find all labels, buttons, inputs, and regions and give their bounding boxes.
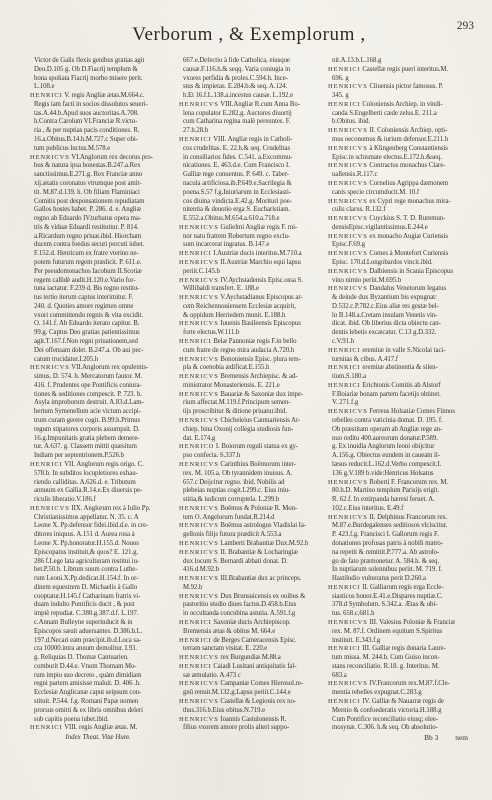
entry-headword: HENRICVS xyxy=(30,154,70,161)
text-line: HENRICVS II. Coloniensis Archiep. opti- xyxy=(328,127,470,136)
text-line: tiones & seditiones compescit. P. 723. b… xyxy=(34,391,172,400)
column-lines: Victor de Galis flexis genibus gratias a… xyxy=(34,57,172,733)
text-line: F.Boiariæ bonam partem facetijs obtinet. xyxy=(332,391,470,400)
text-line: HENRICVS Cliuensis pictor famosus. P. xyxy=(328,83,470,92)
text-line: F.152.d. Henricum ex fratre vterino ne- xyxy=(34,250,172,259)
text-line: HENRICVS Boëmus & Poloniæ R. Mon- xyxy=(179,505,321,514)
text-line: Per pseudomonachos Iacobum II.Scotiæ xyxy=(34,268,172,277)
text-line: HENRICVS Dalbiensis in Scania Episcopus xyxy=(328,268,470,277)
text-line: Christianissimus appellatur. N. 35. c. A xyxy=(34,514,172,523)
text-line: R. 62.f. In extirpanda hæresi feruet. A. xyxy=(332,496,470,505)
text-line: lo B.148.a.Cretam insulam Venetis vin- xyxy=(332,312,470,321)
entry-headword: HENRICVS xyxy=(328,233,368,240)
text-line: in consiliarios fides. C.541. a.Excommu- xyxy=(183,154,321,163)
text-line: nor natu fratrem Robertum regno exclu- xyxy=(183,233,321,242)
text-line: Indiam per septentrionem.P.526.b xyxy=(34,452,172,461)
text-line: ria , & per nuptias pacis conditiones. R… xyxy=(34,127,172,136)
text-line: culis clarus. R.132.f xyxy=(332,206,470,215)
text-line: 16.g.Impunitatis gratia plebem demere- xyxy=(34,435,172,444)
text-line: HENRICVS Bauariæ & Saxoniæ dux impe- xyxy=(179,391,321,400)
text-line: HENRICI VIII. regis Angliæ ætas. M. xyxy=(30,724,172,733)
text-line: HENRICVS ex monacho Augiæ Curiensis xyxy=(328,233,470,242)
text-line: 80.h.D. Martino templum Parisijs erigit. xyxy=(332,487,470,496)
text-line: cum fratre de regno mira audacia A.720.h xyxy=(183,347,321,356)
text-line: Ecclesiæ Anglicanæ caput seipsum con- xyxy=(34,689,172,698)
text-line: Ob præstitam operam ab Angliæ rege an- xyxy=(332,426,470,435)
entry-headword: HENRICVS xyxy=(328,127,368,134)
text-line: HENRICVS Comes à Montefort Curiensis xyxy=(328,250,470,259)
text-line: g. Reliquias D. Thomæ Cantuarien. xyxy=(34,654,172,663)
book-page: Verborum , & Exemplorum , 293 Victor de … xyxy=(0,0,492,800)
text-line: HENRICI VII. Anglorum regis origo. C. xyxy=(30,461,172,470)
text-line: HENRICVS Roberti F. Francorum rex. M. xyxy=(328,479,470,488)
entry-headword: HENRICI xyxy=(179,250,212,257)
text-line: HENRICI Castellæ regis pueri interitus.M… xyxy=(328,66,470,75)
text-line: annuum ex Gallia.R.14.e.Ex diuersis pe- xyxy=(34,487,172,496)
text-line: Deo.D.105 g. Ob D.Fiacrij templum & xyxy=(34,66,172,75)
text-line: HENRICI Saxoniæ ducis Archiepiscop. xyxy=(179,619,321,628)
text-line: a.Ricardum regno priuat.ibid. Hiorcham xyxy=(34,233,172,242)
text-line: nuo reditu 400.aureorum donatur.P.589. xyxy=(332,435,470,444)
text-line: HENRICI eremitæ in valle S.Nicolai taci- xyxy=(328,347,470,356)
signature-row: Bb 3 nem xyxy=(332,733,470,742)
text-line: 345. g xyxy=(332,92,470,101)
entry-headword: HENRICVS xyxy=(179,277,219,284)
text-line: A.156.g. Obiectus eundem in caueam il- xyxy=(332,452,470,461)
text-line: HENRICI Caiadi Lusitani antiquitatis fal… xyxy=(179,663,321,672)
text-line: lena copulator E.282.g. Auctores diuorti… xyxy=(183,110,321,119)
text-line: stitia,& iudicum corruptela. L.299.b xyxy=(183,496,321,505)
text-line: O. 141.f. Ab Eduardo iterato capitur. B. xyxy=(34,320,172,329)
text-column-3: nit.A.13.b.L.168.gHENRICI Castellæ regis… xyxy=(328,57,470,742)
entry-headword: HENRICVS xyxy=(179,540,219,547)
text-line: duam indulto Pontificis ducit , & post xyxy=(34,601,172,610)
text-line: plebeias nuptias cogit.I.299.c. Eius ini… xyxy=(183,487,321,496)
text-line: canda S.Engelberti cæde zelus.E. 211.a xyxy=(332,110,470,119)
text-line: terram sanctam visitat. E. 220.e xyxy=(183,645,321,654)
entry-headword: HENRICVS xyxy=(179,294,219,301)
text-line: cum Catharina regina malè pereuntes. F. xyxy=(183,118,321,127)
text-line: & oppidum Herriedem munit. E.188.h xyxy=(183,312,321,321)
entry-headword: HENRICI xyxy=(328,698,361,705)
entry-headword: HENRICVS xyxy=(179,356,219,363)
text-line: impiè repudiat. C.380.g.387.d.f. L.197. xyxy=(34,610,172,619)
entry-headword: HENRICVS xyxy=(179,373,219,380)
text-line: rex. M. 105.a. Ob tyrannidem inuisus. A. xyxy=(183,470,321,479)
text-column-2: 667.e.Defectio à fide Catholica, eiusque… xyxy=(179,57,321,742)
entry-headword: HENRICI xyxy=(328,101,361,108)
text-line: Willibaldi transfert. E. 188.e xyxy=(183,285,321,294)
entry-headword: HENRICVS xyxy=(328,180,368,187)
text-line: tem O. Angelorum fundat.R.214.d xyxy=(183,514,321,523)
entry-headword: HENRICI xyxy=(30,461,63,468)
entry-headword: HENRICVS xyxy=(179,549,219,556)
entry-headword: HENRICVS xyxy=(179,224,219,231)
text-line: tijs proscribitur & ditione priuatur.ibi… xyxy=(183,408,321,417)
text-line: HENRICVS II.Austriæ Marchio equi lapsu xyxy=(179,259,321,268)
text-line: HENRICVS III. Valesius Poloniæ & Franciæ xyxy=(328,619,470,628)
entry-headword: HENRICVS xyxy=(328,250,368,257)
text-line: 16.a.Obitus.B.14.h.M.727.c Super obi- xyxy=(34,136,172,145)
entry-headword: HENRICI xyxy=(179,619,212,626)
text-line: HENRICI Belæ Pannoniæ regis F.in bello xyxy=(179,338,321,347)
text-line: rum Leoni.X.Pp.dedicat.H.154.f. In or- xyxy=(34,575,172,584)
text-line: cos crudelitas. E. 22.h.& seq. Crudelita… xyxy=(183,145,321,154)
text-line: turnitas & cibus. A.417.f xyxy=(332,356,470,365)
text-line: densisEpisc.vigilantissimus.E.244.e xyxy=(332,224,470,233)
text-line: HENRICVS Dux Brunsuicensis ex ouibus & xyxy=(179,593,321,602)
entry-headword: HENRICVS xyxy=(328,145,368,152)
text-line: nacula artificiosa.ib.P.649.e.Sacrilegia… xyxy=(183,180,321,189)
text-line: bet.P.50.b. Librum suum contra Luthe- xyxy=(34,566,172,575)
text-line: uallensis.R.117.c xyxy=(332,171,470,180)
text-line: gellonis filijs futura prædicit A.553.a xyxy=(183,531,321,540)
text-line: bus & natura ipsa honestas.B.247.a.Rex xyxy=(34,162,172,171)
text-line: Leone X. Pp.honoratur.H.155.d. Nouos xyxy=(34,540,172,549)
text-line: pso confecta. S.337.h xyxy=(183,452,321,461)
entry-headword: HENRICI xyxy=(328,66,361,73)
text-line: HENRICVS Bononiensis Episc. plura tem- xyxy=(179,356,321,365)
text-line: HENRICVS V.Aychstadianus Episcopus ar- xyxy=(179,294,321,303)
text-line: HENRICVS ex Cypri rege monachus mira- xyxy=(328,198,470,207)
text-line: b.Obitus. ibid. xyxy=(332,118,470,127)
text-line: dentis lebetis excæcatur. C.13 g.D.332. xyxy=(332,329,470,338)
entry-headword: HENRICVS xyxy=(179,680,219,687)
entry-headword: HENRICVS xyxy=(328,680,368,687)
text-line: go de fato præmonetur. A. 584.h. & seq. xyxy=(332,558,470,567)
text-line: riendo calliditas. A.626.d. e. Tributum xyxy=(34,479,172,488)
entry-headword: HENRICVS xyxy=(179,101,219,108)
text-line: catum trucidatur.I.205.h xyxy=(34,356,172,365)
text-line: chiep. bina Oxonij collegia studiosis fu… xyxy=(183,426,321,435)
text-line: 240. d. Quoties amore regimen omne xyxy=(34,303,172,312)
text-line: c.V.91.h xyxy=(332,338,470,347)
text-line: Episcopos sæuit aduersantes. D.386.b.L. xyxy=(34,628,172,637)
text-line: HENRICI I.Austriæ ducis interitus.M.710.… xyxy=(179,250,321,259)
text-line: HENRICI II. Galliarum regis erga Eccle- xyxy=(328,584,470,593)
text-line: c.Annam Bulleyne superinducit & in xyxy=(34,619,172,628)
text-line: dat. E.174.g xyxy=(183,435,321,444)
text-line: HENRICVS II. Delphinus Francorum rex. xyxy=(328,514,470,523)
text-line: HENRICO I. Boiorum reguli statua ex gy- xyxy=(179,443,321,452)
text-line: HENRICVS IV.Francorum rex.M.87.f.Cle- xyxy=(328,680,470,689)
text-line: xij.ætatis coronatus vtrumque post amit- xyxy=(34,180,172,189)
entry-headword: HENRICVS xyxy=(179,320,219,327)
entry-headword: HENRICVS xyxy=(30,505,70,512)
text-line: rex. M. 87.f. Ordinem equitum S.Spiritus xyxy=(332,628,470,637)
text-line: tum publicus luctus.M.578.e xyxy=(34,145,172,154)
text-line: h.Contra Carolum VI.Franciæ R.victo- xyxy=(34,118,172,127)
text-line: prorsus omitti & ex libris omnibus deler… xyxy=(34,707,172,716)
text-line: HENRICI Coloniensis Archiep. in vindi- xyxy=(328,101,470,110)
text-line: Galliæ rege conuentus. P. 649. c. Taber- xyxy=(183,171,321,180)
text-line: g. Ex inuidia Anglorum leoni obijcitur xyxy=(332,443,470,452)
entry-headword: HENRICVS xyxy=(179,391,219,398)
text-line: tas.A.44.b.Apud suos auctoritas.A.708. xyxy=(34,110,172,119)
text-line: tit. M.87.d.139. h. Ob filiam Flaminiaci xyxy=(34,189,172,198)
entry-headword: HENRICVS xyxy=(328,215,368,222)
text-line: trum curam gerere cogit. B.99.h.Primus xyxy=(34,417,172,426)
text-line: P. 423.f.g. Francisci I. Gallorum regis … xyxy=(332,531,470,540)
text-line: sæ æmulatio. A.473 c xyxy=(183,672,321,681)
text-line: 416.d.M.92.b xyxy=(183,566,321,575)
text-line: tus tertio iterum captus interimitur. F. xyxy=(34,294,172,303)
text-line: 27.h.28.b xyxy=(183,127,321,136)
entry-headword: HENRICVS xyxy=(179,593,219,600)
entry-headword: HENRICI xyxy=(328,382,361,389)
text-line: instituit. E.343.f.g xyxy=(332,637,470,646)
text-line: HENRICVS Ferreus Holsatiæ Comes Finnos xyxy=(328,408,470,417)
entry-headword: HENRICVS xyxy=(179,461,219,468)
catchword: nem xyxy=(455,733,468,742)
entry-headword: HENRICVS xyxy=(179,522,219,529)
text-line: vxores perfidia & proles.C.594.h. Ince- xyxy=(183,75,321,84)
text-line: potem futurum regem prædicit. P. 611.e. xyxy=(34,259,172,268)
text-line: in occultanda concubina astutia. A.591.f… xyxy=(183,610,321,619)
text-line: bertum Symenellum acie victum accipi- xyxy=(34,408,172,417)
entry-headword: HENRICI xyxy=(179,663,212,670)
text-line: 378.d Symbolum. S.342.a. Ætas & obi- xyxy=(332,601,470,610)
text-line: na repetit & remittit.P.777.a. Ab astrol… xyxy=(332,549,470,558)
text-line: HENRICVS Boëmus astrologus Vladislai Ia- xyxy=(179,522,321,531)
text-line: stus & impietas. E.284.b.& seq. A.124. xyxy=(183,83,321,92)
text-line: sum incarcerat ingratus. B.147.e xyxy=(183,241,321,250)
text-line: HENRICVS IV.Aychstadensis Episc.ossa S. xyxy=(179,277,321,286)
text-line: h.Et 16.f.L.138.a.incestus causæ. L.192.… xyxy=(183,92,321,101)
entry-headword: HENRICVS xyxy=(328,162,368,169)
text-line: simus. D. 574. h. Mercatorum fautor. M. xyxy=(34,373,172,382)
text-line: Dei offensam dolet. B.247.a. Ob aui pec- xyxy=(34,347,172,356)
text-line: læsus reducit.L.162.d.Verbo compescit.I. xyxy=(332,461,470,470)
text-line: HENRICVS Dandalus Venetorum legatus xyxy=(328,285,470,294)
entry-headword: HENRICVS xyxy=(179,716,219,723)
signature-mark: Bb 3 xyxy=(424,733,438,742)
text-line: tur. A.637. g. Classem mittit quæsitum xyxy=(34,443,172,452)
text-line: ditores iniquus. A.151 d. Aurea rosa à xyxy=(34,531,172,540)
text-line: In nuptiarum solennibus periit. M. 719. … xyxy=(332,566,470,575)
text-line: Comitis post desponsationem repudiatam xyxy=(34,198,172,207)
text-line: mus oeconomus & iurium defensor.E.211.h xyxy=(332,136,470,145)
text-line: Hastiludio vulneratus perit D.260.a xyxy=(332,575,470,584)
text-line: vxori committendo regnis & vita excidit. xyxy=(34,312,172,321)
entry-headword: HENRICI xyxy=(179,637,212,644)
text-line: HENRICVS Campaniæ Comes Hierosol.re- xyxy=(179,680,321,689)
index-footer-note: Index Theat. Vitæ Hum. xyxy=(34,733,172,742)
text-line: Episcopatus instituit,& quos? E. 121.g. xyxy=(34,549,172,558)
text-line: HENRICVS Castellæ & Legionis rex no- xyxy=(179,698,321,707)
text-line: ministrator Monasteriensis. E. 221.e xyxy=(183,382,321,391)
text-columns: Victor de Galis flexis genibus gratias a… xyxy=(30,57,470,742)
text-line: 197.d.Necari eam præcipit.ib.d.Loca sa- xyxy=(34,637,172,646)
text-line: bona spoliata Fiacrij morbo misere perit… xyxy=(34,75,172,84)
text-line: HENRICI IV. Galliæ & Nauarræ regis de xyxy=(328,698,470,707)
text-line: HENRICVS Ioannis Castulonensis R. xyxy=(179,716,321,725)
text-line: HENRICVS Carinthius Boëmorum inter- xyxy=(179,461,321,470)
text-line: HENRICVS Cuyckius S. T. D. Ruremun- xyxy=(328,215,470,224)
text-line: HENRICVS à Klingenberg Constantiensis xyxy=(328,145,470,154)
entry-headword: HENRICVS xyxy=(179,417,219,424)
text-line: causæ.F.116.h.& seqq. Varia coniugia in xyxy=(183,66,321,75)
text-line: regum stipatores corporis assumpsit. D. xyxy=(34,426,172,435)
text-line: Victor de Galis flexis genibus gratias a… xyxy=(34,57,172,66)
text-line: periit.C.145.b xyxy=(183,268,321,277)
text-line: HENRICVS Chicheleius Cantuariensis Ar- xyxy=(179,417,321,426)
text-line: 667.e.Defectio à fide Catholica, eiusque xyxy=(183,57,321,66)
text-column-1: Victor de Galis flexis genibus gratias a… xyxy=(30,57,172,742)
text-line: donationes profusas patris à nobili matr… xyxy=(332,540,470,549)
text-line: HENRICI eremitæ abstinentia & silen- xyxy=(328,364,470,373)
text-line: 102.c.Eius interitus. E.49.f xyxy=(332,505,470,514)
entry-headword: HENRICVS xyxy=(328,479,368,486)
entry-headword: HENRICVS xyxy=(328,619,368,626)
text-line: 696. g xyxy=(332,75,470,84)
text-line: rebelles contra vaticinia domat. D. 195.… xyxy=(332,417,470,426)
text-line: HENRICVS Cornelius Agrippa dæmonem xyxy=(328,180,470,189)
text-line: HENRICVS Gulielmi Angliæ regis F. mi- xyxy=(179,224,321,233)
text-line: HENRICVS VI.Anglorum rex decorus pro- xyxy=(30,154,172,163)
text-line: V. 271.f.g xyxy=(332,399,470,408)
text-line: HENRICVS rex Burgundiæ.M.88.a xyxy=(179,654,321,663)
text-line: riculis liberatio.V.186.f xyxy=(34,496,172,505)
entry-headword: HENRICVS xyxy=(179,654,219,661)
text-line: mosynæ. C.306. h.& seq. Ob absolutio- xyxy=(332,724,470,733)
entry-headword: HENRICI xyxy=(30,92,63,99)
text-line: agit.T.167.f.Non regni priuationem,sed xyxy=(34,338,172,347)
running-header: Verborum , & Exemplorum , xyxy=(30,24,468,58)
text-line: Episc. 170.d.Longobardos vincit.ibid. xyxy=(332,259,470,268)
text-line: cra 10000.intra annum demolitur. I.93. xyxy=(34,645,172,654)
text-line: regno ab Eduardo IV.turbatus opera ma- xyxy=(34,215,172,224)
text-line: tris & viduæ Eduardi restituitur. P. 814… xyxy=(34,224,172,233)
entry-headword: HENRICI xyxy=(328,645,361,652)
text-line: cem Reichennouiensem Ecclesiæ acquirit, xyxy=(183,303,321,312)
text-line: dux locum S. Bernardi abbati donat. D. xyxy=(183,558,321,567)
text-line: HENRICVS Contractus monachus Clare- xyxy=(328,162,470,171)
text-line: Bremensis ætas & obitus M. 664.e xyxy=(183,628,321,637)
text-line: siasticos honor.E.41.e.Dispares nuptiæ.C… xyxy=(332,593,470,602)
text-line: dinem equestrem D. Michaelis à Gallo xyxy=(34,584,172,593)
text-line: Leone X. Pp.defensor fidei.ibid.d.e. in … xyxy=(34,522,172,531)
text-line: HENRICVS Lamberti Brabantiæ Dux.M.92.h xyxy=(179,540,321,549)
text-line: forte electus.W.111.b xyxy=(183,329,321,338)
text-line: sub capitis poena iubet.ibid. xyxy=(34,716,172,725)
text-line: tium.S.180.a xyxy=(332,373,470,382)
text-line: HENRICVS VIII.Angliæ R.cum Anna Bo- xyxy=(179,101,321,110)
text-line: stituit. P.544. f.g. Romani Papæ nomen xyxy=(34,698,172,707)
text-line: 136 g.V.189 b.vide:Henricus Holsatus xyxy=(332,470,470,479)
entry-headword: HENRICVS xyxy=(328,285,368,292)
text-line: D.532.c.P.782.c.Eius aliæ res gestæ bel- xyxy=(332,303,470,312)
text-line: nit.A.13.b.L.168.g xyxy=(332,57,470,66)
text-line: vino nimio periit.M.695.b xyxy=(332,277,470,286)
text-line: M.92.b xyxy=(183,584,321,593)
column-lines: nit.A.13.b.L.168.gHENRICI Castellæ regis… xyxy=(332,57,470,733)
text-line: M.87.e.Burdegalenses seditiosos vlciscit… xyxy=(332,522,470,531)
text-line: 578.b. In subditos locupletiores exhau- xyxy=(34,470,172,479)
text-line: HENRICVS IIX. Anglorum rex à Iulio Pp. xyxy=(30,505,172,514)
entry-headword: HENRICI xyxy=(179,338,212,345)
text-line: poena.S.57 f.g.Iniuriarum in Ecclesiasti… xyxy=(183,189,321,198)
entry-headword: HENRICVS xyxy=(30,364,70,371)
text-line: HENRICVS II. Brabantiæ & Locharingiæ xyxy=(179,549,321,558)
entry-headword: HENRICVS xyxy=(328,514,368,521)
text-line: HENRICVS Bremensis Archiepisc. & ad- xyxy=(179,373,321,382)
text-line: dicat. ibid. Ob liberius dicta obiectu c… xyxy=(332,320,470,329)
text-line: 286 f.Lege lata agriculturam restitui iu… xyxy=(34,558,172,567)
entry-headword: HENRICVS xyxy=(179,259,219,266)
text-line: Regis iam facti in socios dissolutos seu… xyxy=(34,101,172,110)
text-line: 683.a xyxy=(332,672,470,681)
entry-headword: HENRICVS xyxy=(179,505,219,512)
entry-headword: HENRICVS xyxy=(328,408,368,415)
text-line: Mernio & confoederatis victoria.H.188.g xyxy=(332,707,470,716)
text-line: tum missa. M. 244.b. Cum Guiso incon- xyxy=(332,654,470,663)
entry-headword: HENRICVS xyxy=(328,198,368,205)
text-line: comburit D.44.e. Vnum Thomam Mo- xyxy=(34,663,172,672)
text-line: pla & coenobia ædificat.E.155.h xyxy=(183,364,321,373)
entry-headword: HENRICVS xyxy=(179,698,219,705)
text-line: regni partem amisisse maluit. D. 406 .h. xyxy=(34,680,172,689)
text-line: HENRICI III. Galliæ regis donaria Laure- xyxy=(328,645,470,654)
running-header-title: Verborum , & Exemplorum , xyxy=(30,24,468,46)
text-line: filius vxorem amore prolis alteri suppo- xyxy=(183,724,321,733)
text-line: L.108.e xyxy=(34,83,172,92)
text-line: Episc.in schismate electus.E.172.h.&seq. xyxy=(332,154,470,163)
text-line: E.552.a.Obitus.M.654.a.610.a.718.e xyxy=(183,215,321,224)
text-line: ducem contra foedus securi percuti iubet… xyxy=(34,241,172,250)
text-line: HENRICI VIII. Angliæ regis in Catholi- xyxy=(179,136,321,145)
text-line: nitentia & deuotio erga S. Eucharistiam. xyxy=(183,206,321,215)
text-line: HENRICI Erichtonis Comitis ab Alstorf xyxy=(328,382,470,391)
entry-headword: HENRICI xyxy=(179,136,212,143)
entry-headword: HENRICO xyxy=(179,443,214,450)
text-line: HENRICI V. regis Angliæ ætas.M.664.c. xyxy=(30,92,172,101)
text-line: Cum Pontifice reconciliatio eiusq; elee- xyxy=(332,716,470,725)
text-line: rum impio suo decreto , quàm dimidiam xyxy=(34,672,172,681)
text-line: Episc.F.69.g xyxy=(332,241,470,250)
page-number: 293 xyxy=(457,20,474,32)
entry-headword: HENRICVS xyxy=(179,575,219,582)
entry-headword: HENRICI xyxy=(328,347,361,354)
text-line: cooptatur.H.145.f Catharinam fratris vi- xyxy=(34,593,172,602)
text-line: HENRICI de Berges Cameracensis Episc. xyxy=(179,637,321,646)
text-line: 416. f. Prudentes ope Pontificis coniura… xyxy=(34,382,172,391)
text-line: regem callidè audit.H.120.e.Vario for- xyxy=(34,277,172,286)
entry-headword: HENRICI xyxy=(30,724,63,731)
entry-headword: HENRICVS xyxy=(328,268,368,275)
text-line: sanctissimus.E.271.g. Rex Franciæ anno xyxy=(34,171,172,180)
text-line: tus. 658.c.681.h xyxy=(332,610,470,619)
column-lines: 667.e.Defectio à fide Catholica, eiusque… xyxy=(183,57,321,733)
entry-headword: HENRICI xyxy=(328,584,361,591)
entry-headword: HENRICI xyxy=(328,364,361,371)
text-line: stans reconciliatio. R.18. g. Interitus.… xyxy=(332,663,470,672)
text-line: canis specie circumducit.M. 10.f xyxy=(332,189,470,198)
text-line: HENRICVS VII.Anglorum rex opulentis- xyxy=(30,364,172,373)
text-line: pastoritio studio diues factus.D.458.b.E… xyxy=(183,601,321,610)
text-line: & deinde dux Byzantium bis expugnat: xyxy=(332,294,470,303)
text-line: Asyla improborum destruit. A.83.d.Lam- xyxy=(34,399,172,408)
text-line: Gallos hostes habet. P. 286. d. e. Angli… xyxy=(34,206,172,215)
text-line: thus.316.b.Eius obitus.N.719.e xyxy=(183,707,321,716)
text-line: HENRICVS III.Brabantiæ dux ac princeps. xyxy=(179,575,321,584)
text-line: mentia rebelles expugnat.C.283.g xyxy=(332,689,470,698)
text-line: HENRICVS Iuuenis Basileensis Episcopus xyxy=(179,320,321,329)
text-line: cos diuina vindicta.E.42.g. Morituri poe… xyxy=(183,198,321,207)
text-line: tuna iactatur. F.239 d. Bis regno restit… xyxy=(34,285,172,294)
text-line: gnū renuit.M.132.g.Lapsu periit.C.144.e xyxy=(183,689,321,698)
text-line: 657.c Deijcitur regno. ibid. Nobilis ad xyxy=(183,479,321,488)
